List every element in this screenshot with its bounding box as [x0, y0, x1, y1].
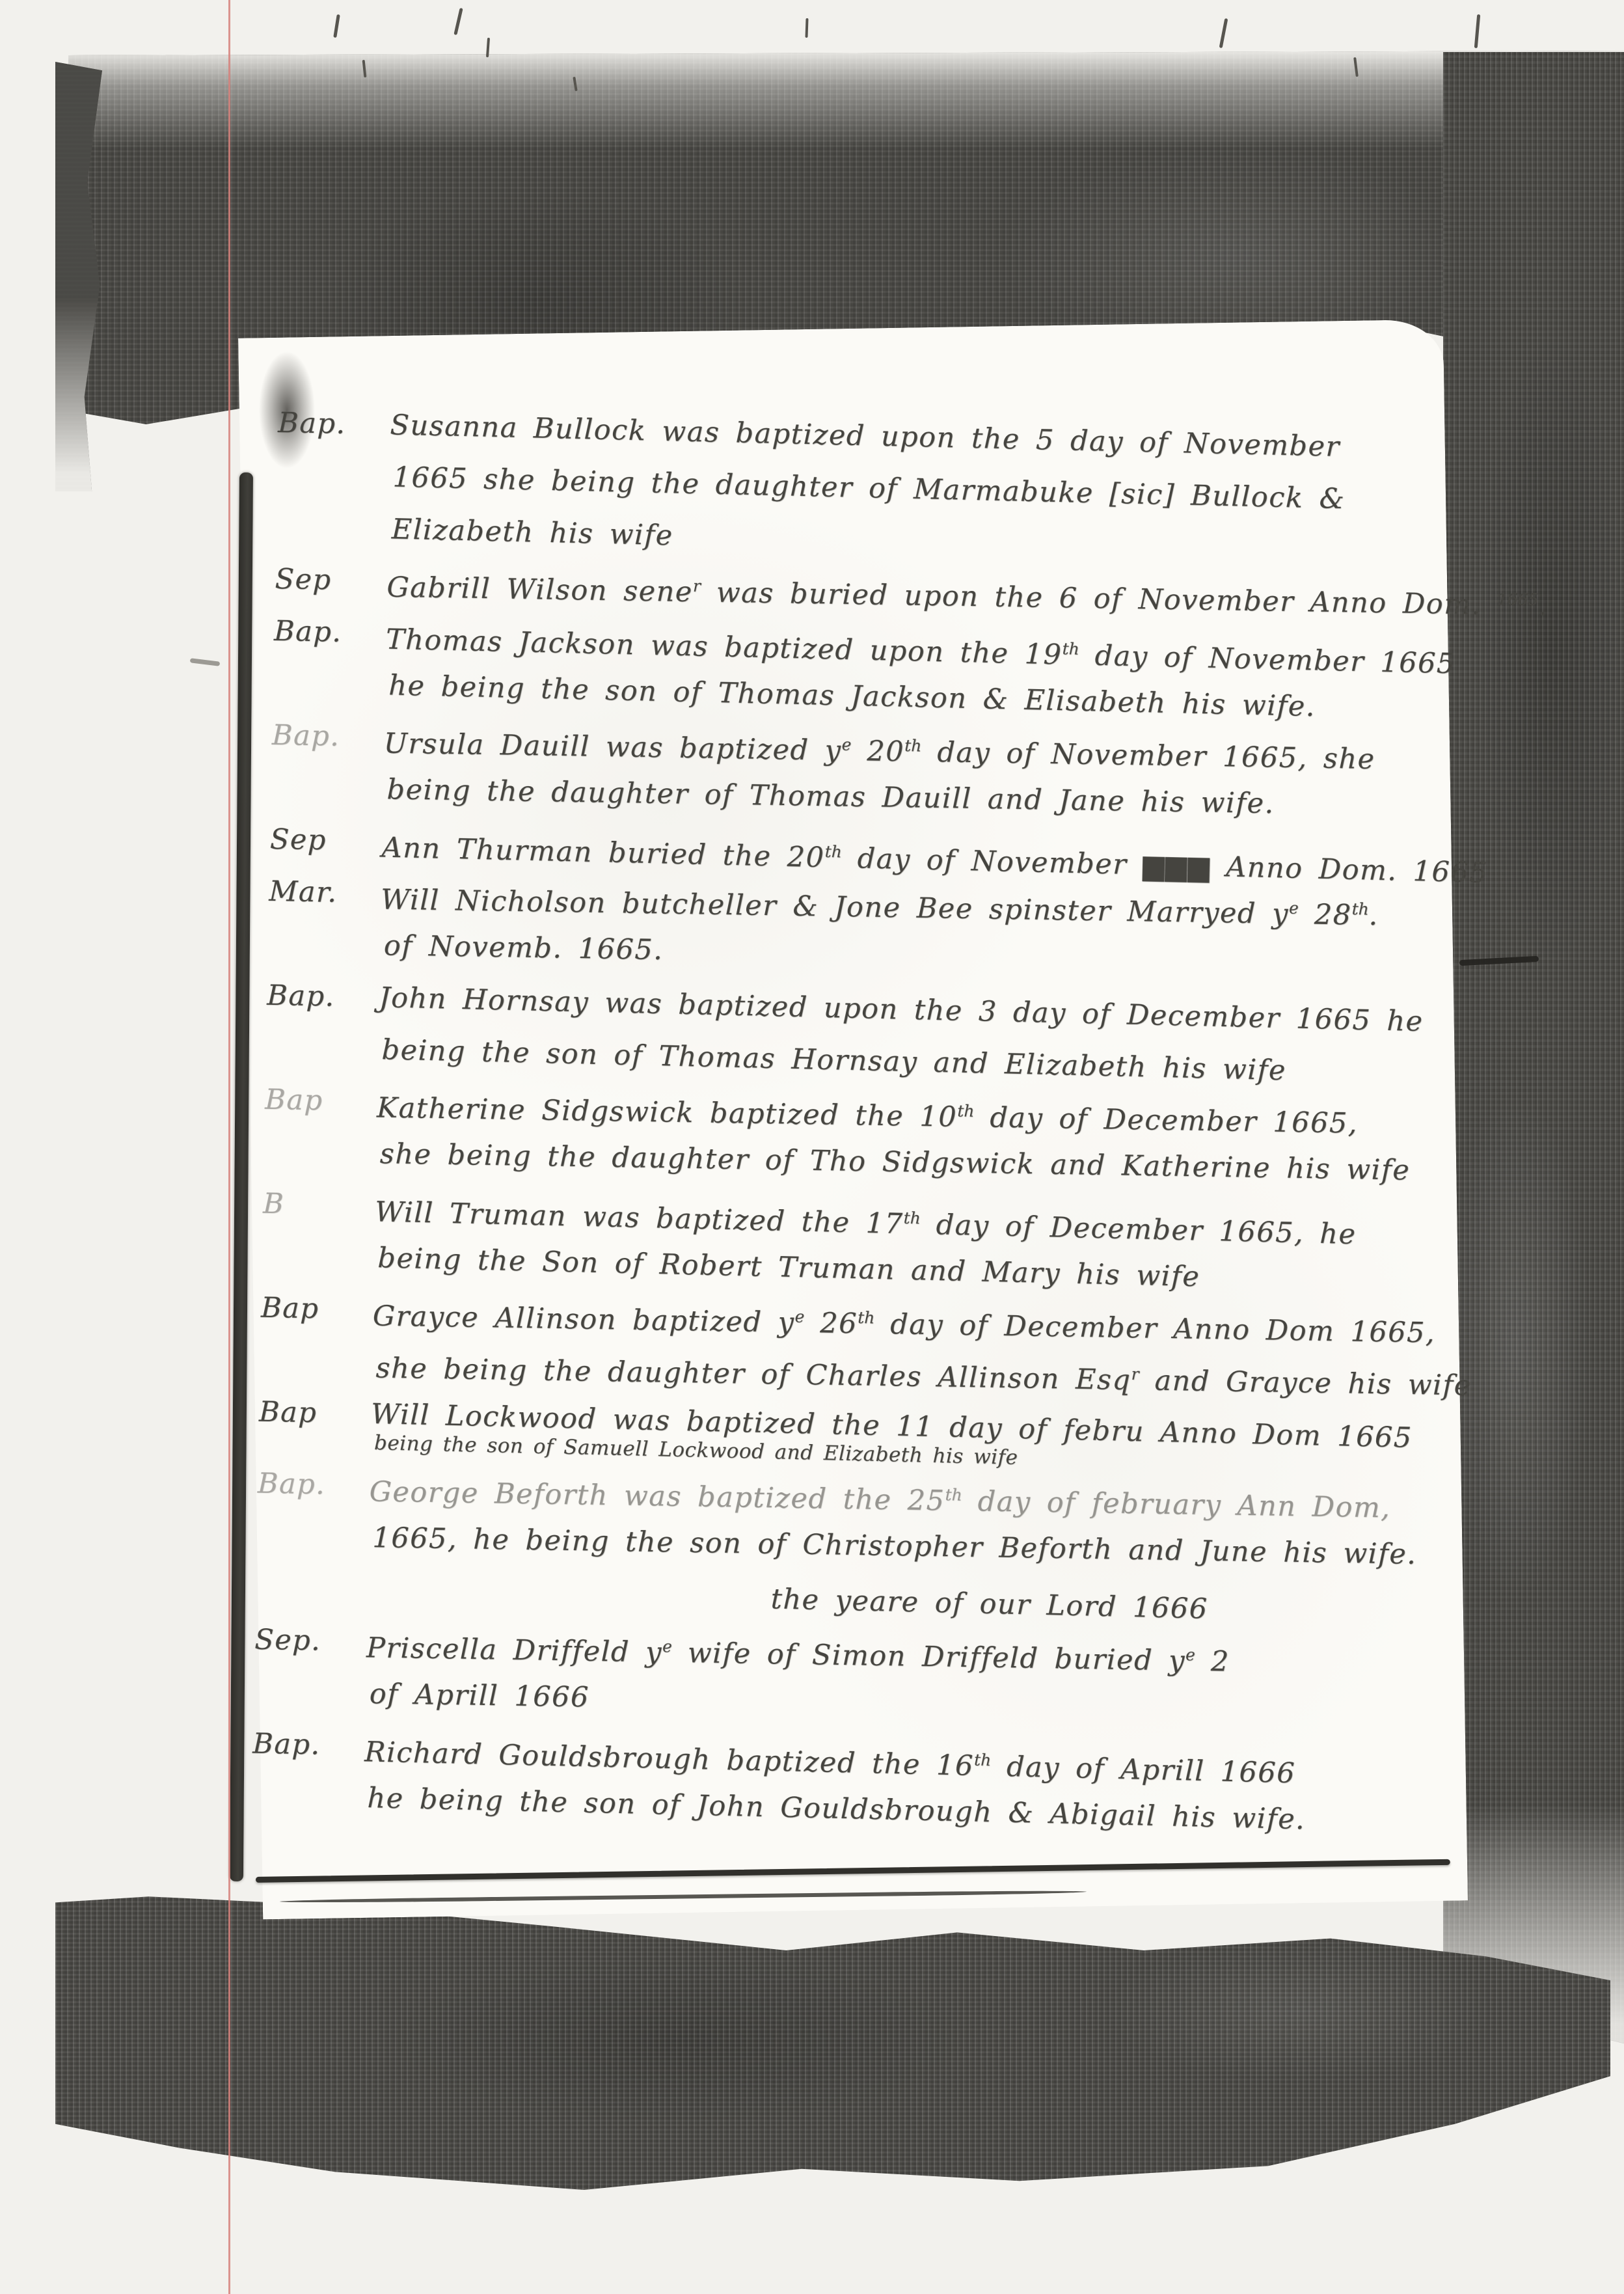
entry-type-label: Bap	[260, 1282, 373, 1336]
page-left-border-line	[230, 472, 253, 1881]
entry-type-label: Bap.	[267, 970, 380, 1024]
register-entry: Bap.Richard Gouldsbrough baptized the 16…	[251, 1718, 1424, 1845]
scratch-mark	[1474, 14, 1481, 48]
entry-type-label: Bap.	[277, 397, 390, 451]
register-entry: Bap.Susanna Bullock was baptized upon th…	[275, 397, 1449, 576]
entry-type-label: Bap.	[252, 1718, 365, 1772]
margin-mark	[190, 658, 221, 666]
scratch-mark	[333, 14, 340, 38]
scratch-mark	[805, 18, 808, 38]
entry-type-label: Bap.	[257, 1458, 370, 1512]
scanned-register-page: Bap.Susanna Bullock was baptized upon th…	[0, 0, 1624, 2294]
entry-type-label: Bap.	[273, 605, 386, 659]
entry-type-label: Sep.	[254, 1614, 368, 1668]
red-guide-line	[228, 0, 230, 2294]
entry-type-label: Bap	[258, 1386, 372, 1440]
toner-band-right	[1443, 52, 1624, 2043]
entry-type-label: Sep	[275, 553, 388, 607]
entry-type-label: Mar.	[269, 866, 382, 920]
scratch-mark	[1219, 18, 1228, 48]
entry-type-label: Sep	[269, 813, 383, 867]
entry-type-label: Bap.	[271, 709, 385, 763]
entry-type-label: Bap	[264, 1074, 377, 1128]
toner-band-bottom	[55, 1891, 1610, 2190]
entry-type-label: B	[262, 1178, 375, 1232]
register-entries: Bap.Susanna Bullock was baptized upon th…	[251, 397, 1450, 1844]
scratch-mark	[453, 8, 463, 35]
